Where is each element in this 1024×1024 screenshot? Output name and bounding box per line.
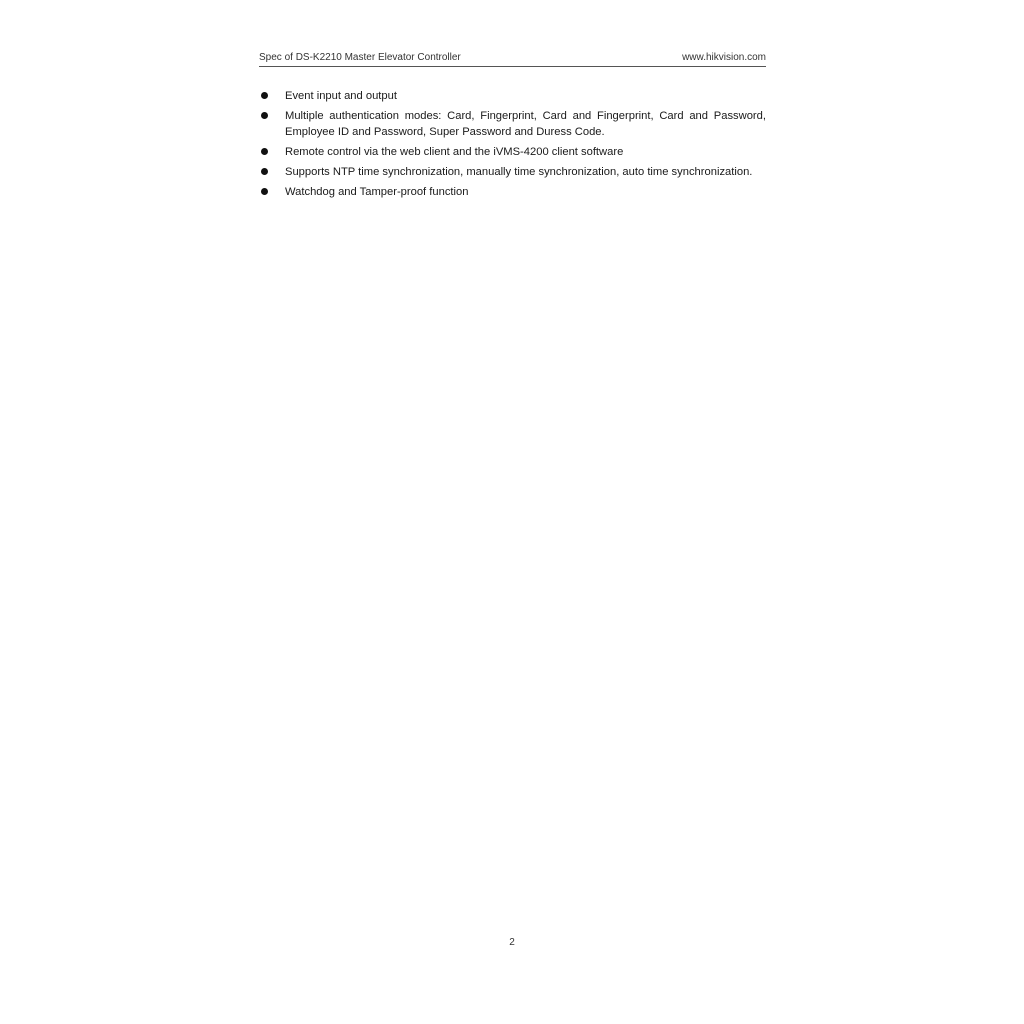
list-item: Event input and output bbox=[259, 88, 766, 104]
bullet-icon bbox=[261, 92, 268, 99]
bullet-icon bbox=[261, 168, 268, 175]
list-item: Supports NTP time synchronization, manua… bbox=[259, 164, 766, 180]
feature-text: Event input and output bbox=[285, 90, 397, 102]
bullet-icon bbox=[261, 148, 268, 155]
feature-text: Multiple authentication modes: Card, Fin… bbox=[285, 110, 766, 138]
list-item: Watchdog and Tamper-proof function bbox=[259, 184, 766, 200]
document-title: Spec of DS-K2210 Master Elevator Control… bbox=[259, 52, 461, 63]
feature-text: Supports NTP time synchronization, manua… bbox=[285, 166, 752, 178]
feature-list: Event input and output Multiple authenti… bbox=[259, 88, 766, 204]
bullet-icon bbox=[261, 188, 268, 195]
bullet-icon bbox=[261, 112, 268, 119]
document-page: Spec of DS-K2210 Master Elevator Control… bbox=[0, 0, 1024, 1024]
website-link: www.hikvision.com bbox=[682, 52, 766, 63]
list-item: Remote control via the web client and th… bbox=[259, 144, 766, 160]
page-header: Spec of DS-K2210 Master Elevator Control… bbox=[259, 52, 766, 67]
page-number: 2 bbox=[0, 937, 1024, 948]
list-item: Multiple authentication modes: Card, Fin… bbox=[259, 108, 766, 140]
feature-text: Watchdog and Tamper-proof function bbox=[285, 186, 468, 198]
feature-text: Remote control via the web client and th… bbox=[285, 146, 623, 158]
